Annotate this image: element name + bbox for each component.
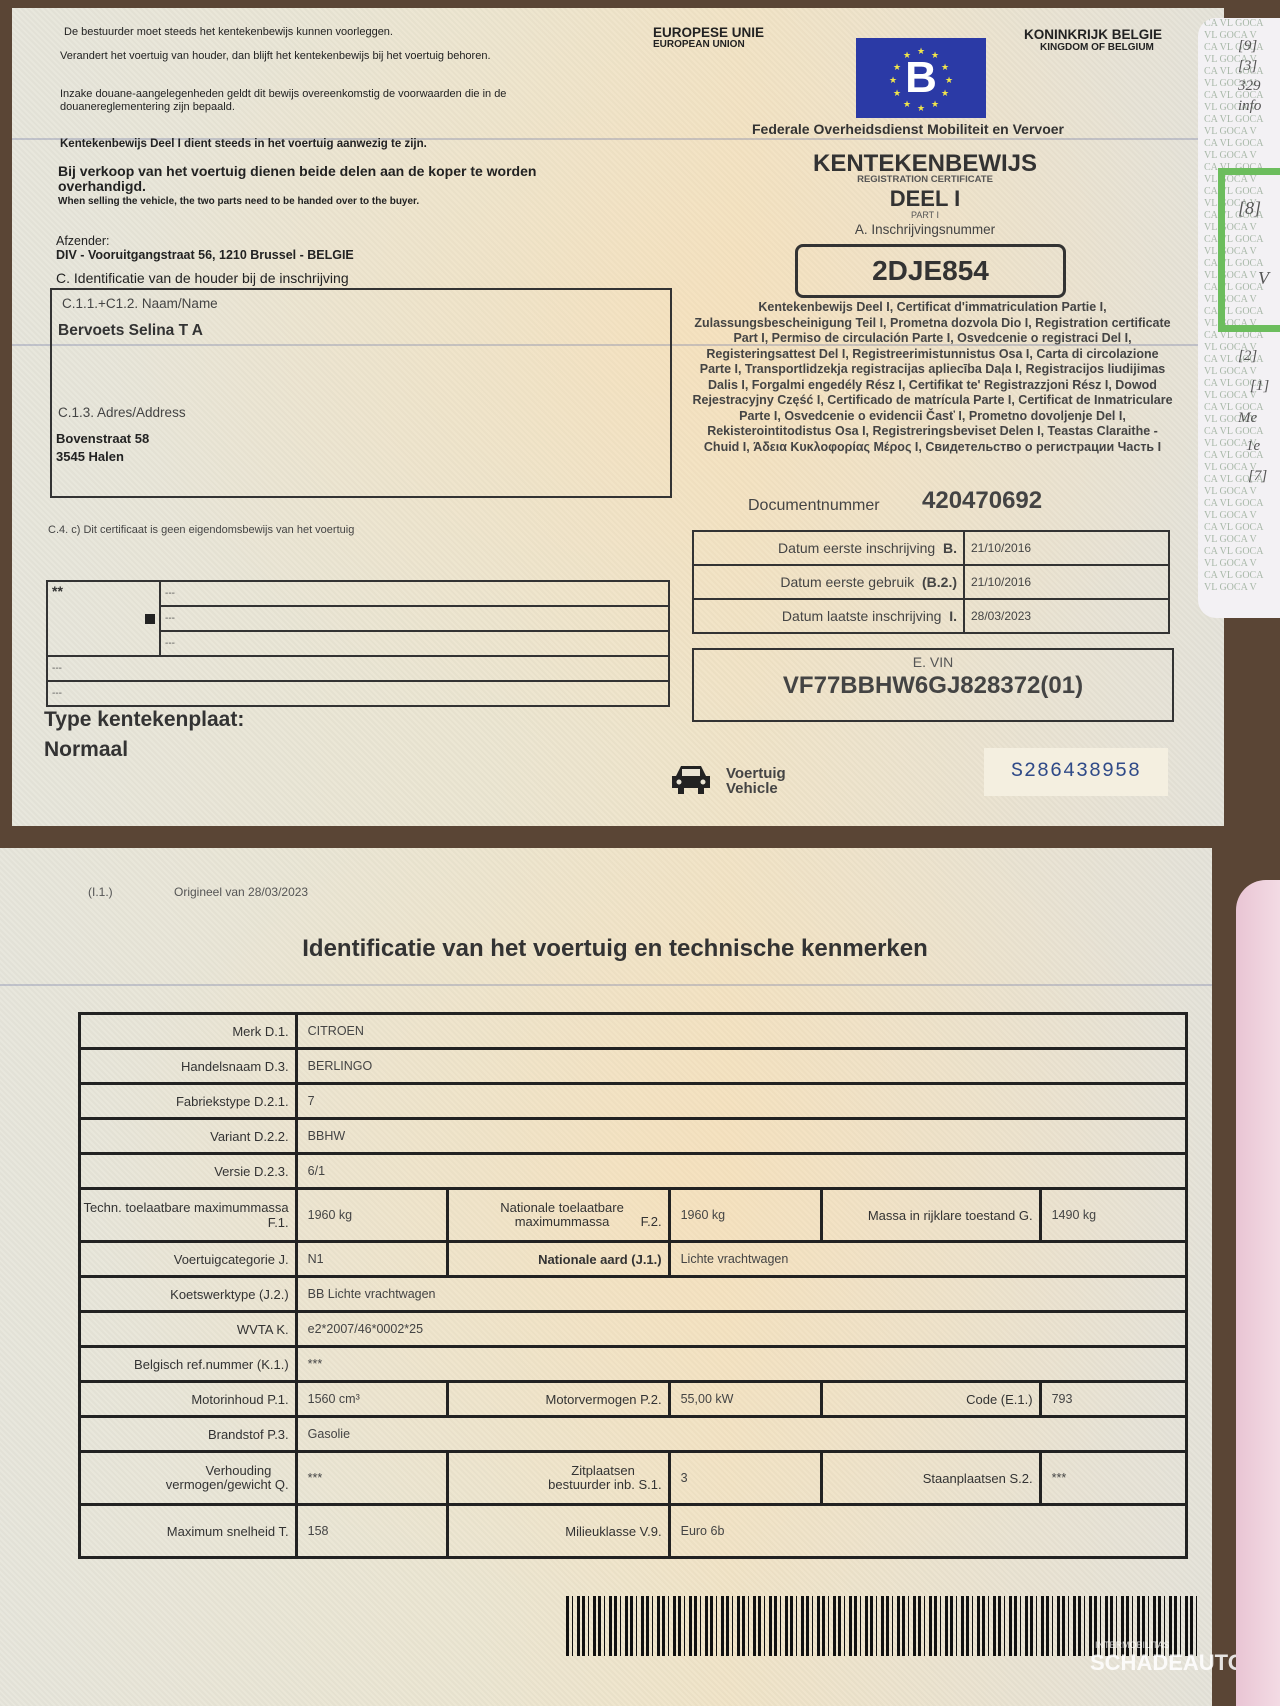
spec-label-f2: Nationale toelaatbare maximummassa F.2. [447,1189,669,1242]
g-code: G. [1019,1208,1033,1223]
spec-row-engine: Motorinhoud P.1. 1560 cm³ Motorvermogen … [80,1382,1187,1417]
side-text: [3] [1238,58,1257,75]
tech-specs-table: Merk D.1. CITROEN Handelsnaam D.3. BERLI… [78,1012,1188,1559]
date-row: Datum eerste inschrijving B. 21/10/2016 [693,531,1169,565]
spec-value: 793 [1040,1382,1186,1417]
spec-label: WVTA K. [80,1312,297,1347]
spec-value: BBHW [296,1119,1186,1154]
spec-label: Variant D.2.2. [80,1119,297,1154]
eu-label: EUROPESE UNIE [653,25,764,40]
grid-marker: ** [52,583,63,599]
small-square-icon [145,614,155,624]
date-code: (B.2.) [922,574,957,590]
notice-sale-en: When selling the vehicle, the two parts … [58,196,618,207]
tech-sheet-title: Identificatie van het voertuig en techni… [0,935,1230,963]
f1-code: F.1. [268,1215,289,1230]
side-text: [8] [1238,198,1261,219]
grid-dash: --- [160,581,669,606]
spec-value-f2: 1960 kg [669,1189,821,1242]
section-ref: (I.1.) [88,885,113,899]
document-number: 420470692 [922,487,1042,515]
side-text: Me [1238,410,1257,427]
authority-name: Federale Overheidsdienst Mobiliteit en V… [752,121,1064,137]
q-code: Q. [275,1477,289,1492]
spec-label-g: Massa in rijklare toestand G. [821,1189,1040,1242]
spec-row: Versie D.2.3. 6/1 [80,1154,1187,1189]
date-label: Datum eerste inschrijving [778,540,935,556]
country-letter: B [905,53,937,103]
spec-label: Merk D.1. [80,1014,297,1049]
spec-value: Euro 6b [669,1505,1186,1558]
spec-value: Gasolie [296,1417,1186,1452]
spec-label: Versie D.2.3. [80,1154,297,1189]
spec-value: *** [1040,1452,1186,1505]
spec-value: 3 [669,1452,821,1505]
document-number-label: Documentnummer [748,497,880,515]
address-label: C.1.3. Adres/Address [58,405,186,420]
side-text: [1] [1250,378,1269,395]
holder-section-title: C. Identificatie van de houder bij de in… [56,270,349,286]
spec-value: e2*2007/46*0002*25 [296,1312,1186,1347]
grid-marker-cell: ** [47,581,160,656]
serial-number: S286438958 [984,748,1168,796]
eu-label-en: EUROPEAN UNION [653,39,745,50]
plate-type-value: Normaal [44,738,128,762]
side-text: [2] [1238,348,1257,365]
date-row: Datum eerste gebruik (B.2.) 21/10/2016 [693,565,1169,599]
date-value: 21/10/2016 [964,565,1169,599]
spec-value: BB Lichte vrachtwagen [296,1277,1186,1312]
name-label: C.1.1.+C1.2. Naam/Name [62,296,218,311]
holder-box [50,288,672,498]
s1-label: Zitplaatsen bestuurder inb. [515,1464,635,1492]
ownership-note: C.4. c) Dit certificaat is geen eigendom… [48,524,354,536]
part-label-en: PART I [720,210,1130,220]
original-date: Origineel van 28/03/2023 [174,885,308,899]
notice-must-be-present: Kentekenbewijs Deel I dient steeds in he… [60,138,620,150]
spec-value: CITROEN [296,1014,1186,1049]
spec-value: 7 [296,1084,1186,1119]
spec-label: Brandstof P.3. [80,1417,297,1452]
plate-type-label: Type kentekenplaat: [44,708,244,732]
grid-dash: --- [47,656,669,681]
kingdom-label: KONINKRIJK BELGIE [1024,27,1162,42]
date-label-cell: Datum eerste inschrijving B. [693,531,964,565]
spec-label: Belgisch ref.nummer (K.1.) [80,1347,297,1382]
kingdom-label-en: KINGDOM OF BELGIUM [1040,42,1154,53]
spec-value: Lichte vrachtwagen [669,1242,1186,1277]
date-label-cell: Datum laatste inschrijving I. [693,599,964,633]
spec-label: Milieuklasse V.9. [447,1505,669,1558]
vin-label: E. VIN [694,654,1172,670]
spec-label-s1: Zitplaatsen bestuurder inb. S.1. [447,1452,669,1505]
spec-row-category: Voertuigcategorie J. N1 Nationale aard (… [80,1242,1187,1277]
s1-code: S.1. [638,1477,661,1492]
spec-value: *** [296,1347,1186,1382]
dates-table: Datum eerste inschrijving B. 21/10/2016 … [692,530,1170,634]
f2-label: Nationale toelaatbare maximummassa [487,1201,637,1229]
remarks-grid: ** --- --- --- --- --- [46,580,670,707]
spec-label: Motorinhoud P.1. [80,1382,297,1417]
side-text: V [1258,268,1269,289]
doc-title-en: REGISTRATION CERTIFICATE [720,174,1130,185]
grid-dash: --- [160,631,669,656]
address-line-2: 3545 Halen [56,449,124,464]
spec-row-mass: Techn. toelaatbare maximummassa F.1. 196… [80,1189,1187,1242]
part-label: DEEL I [720,186,1130,212]
date-label-cell: Datum eerste gebruik (B.2.) [693,565,964,599]
multilingual-title: Kentekenbewijs Deel I, Certificat d'imma… [690,300,1175,455]
spec-value: 6/1 [296,1154,1186,1189]
eu-flag-logo: ★ ★ ★ ★ ★ ★ ★ ★ ★ ★ ★ ★ B [856,38,986,118]
registration-number-label: A. Inschrijvingsnummer [720,222,1130,237]
spec-label: Nationale aard (J.1.) [447,1242,669,1277]
notice-sale: Bij verkoop van het voertuig dienen beid… [58,164,578,194]
spec-row: Belgisch ref.nummer (K.1.) *** [80,1347,1187,1382]
spec-row: Merk D.1. CITROEN [80,1014,1187,1049]
spec-row: Variant D.2.2. BBHW [80,1119,1187,1154]
spec-row: Brandstof P.3. Gasolie [80,1417,1187,1452]
spec-label: Voertuigcategorie J. [80,1242,297,1277]
side-document: CA VL GOCA VL GOCA V CA VL GOCA VL GOCA … [1198,18,1280,618]
security-wave-line [0,984,1212,986]
spec-label: Code (E.1.) [821,1382,1040,1417]
spec-label: Motorvermogen P.2. [447,1382,669,1417]
spec-value: *** [296,1452,447,1505]
spec-value: 55,00 kW [669,1382,821,1417]
registration-number: 2DJE854 [795,244,1066,298]
spec-row: Koetswerktype (J.2.) BB Lichte vrachtwag… [80,1277,1187,1312]
holder-name: Bervoets Selina T A [58,322,203,340]
spec-label: Fabriekstype D.2.1. [80,1084,297,1119]
spec-label: Koetswerktype (J.2.) [80,1277,297,1312]
vin-value: VF77BBHW6GJ828372(01) [694,672,1172,700]
side-text: 1e [1246,438,1260,455]
sender-label: Afzender: [56,234,110,248]
spec-label: Handelsnaam D.3. [80,1049,297,1084]
spec-value: BERLINGO [296,1049,1186,1084]
spec-label: Maximum snelheid T. [80,1505,297,1558]
date-value: 28/03/2023 [964,599,1169,633]
f2-code: F.2. [641,1214,662,1229]
notice-holder-change: Verandert het voertuig van houder, dan b… [60,50,570,63]
g-label: Massa in rijklare toestand [865,1209,1015,1223]
spec-value-f1: 1960 kg [296,1189,447,1242]
grid-dash: --- [47,681,669,706]
f1-label: Techn. toelaatbare maximummassa [83,1201,288,1215]
spec-value-g: 1490 kg [1040,1189,1186,1242]
date-label: Datum eerste gebruik [780,574,914,590]
address-line-1: Bovenstraat 58 [56,431,149,446]
spec-row: WVTA K. e2*2007/46*0002*25 [80,1312,1187,1347]
grid-dash: --- [160,606,669,631]
date-value: 21/10/2016 [964,531,1169,565]
spec-row: Fabriekstype D.2.1. 7 [80,1084,1187,1119]
spec-label-q: Verhouding vermogen/gewicht Q. [80,1452,297,1505]
spec-value: N1 [296,1242,447,1277]
spec-value: 1560 cm³ [296,1382,447,1417]
side-text: [7] [1248,468,1267,485]
side-text: [9] [1238,38,1257,55]
spec-label: Staanplaatsen S.2. [821,1452,1040,1505]
spec-row-speed: Maximum snelheid T. 158 Milieuklasse V.9… [80,1505,1187,1558]
date-label: Datum laatste inschrijving [782,608,942,624]
sender-address: DIV - Vooruitgangstraat 56, 1210 Brussel… [56,248,354,262]
side-green-box [1218,168,1280,332]
car-icon [668,762,714,796]
vehicle-label-en: Vehicle [726,780,778,797]
q-label: Verhouding vermogen/gewicht [121,1464,271,1492]
spec-label-f1: Techn. toelaatbare maximummassa F.1. [80,1189,297,1242]
spec-row: Handelsnaam D.3. BERLINGO [80,1049,1187,1084]
watermark-sub: INTERMOBILITAS [1095,1640,1169,1650]
date-row: Datum laatste inschrijving I. 28/03/2023 [693,599,1169,633]
side-text: 329 [1238,78,1261,95]
date-code: B. [943,540,957,556]
notice-driver: De bestuurder moet steeds het kentekenbe… [64,26,604,38]
date-code: I. [949,608,957,624]
vin-box: E. VIN VF77BBHW6GJ828372(01) [692,648,1174,722]
spec-value: 158 [296,1505,447,1558]
notice-customs: Inzake douane-aangelegenheden geldt dit … [60,88,600,114]
spec-row-seats: Verhouding vermogen/gewicht Q. *** Zitpl… [80,1452,1187,1505]
side-pink-paper [1236,880,1280,1706]
side-text: info [1238,98,1261,115]
